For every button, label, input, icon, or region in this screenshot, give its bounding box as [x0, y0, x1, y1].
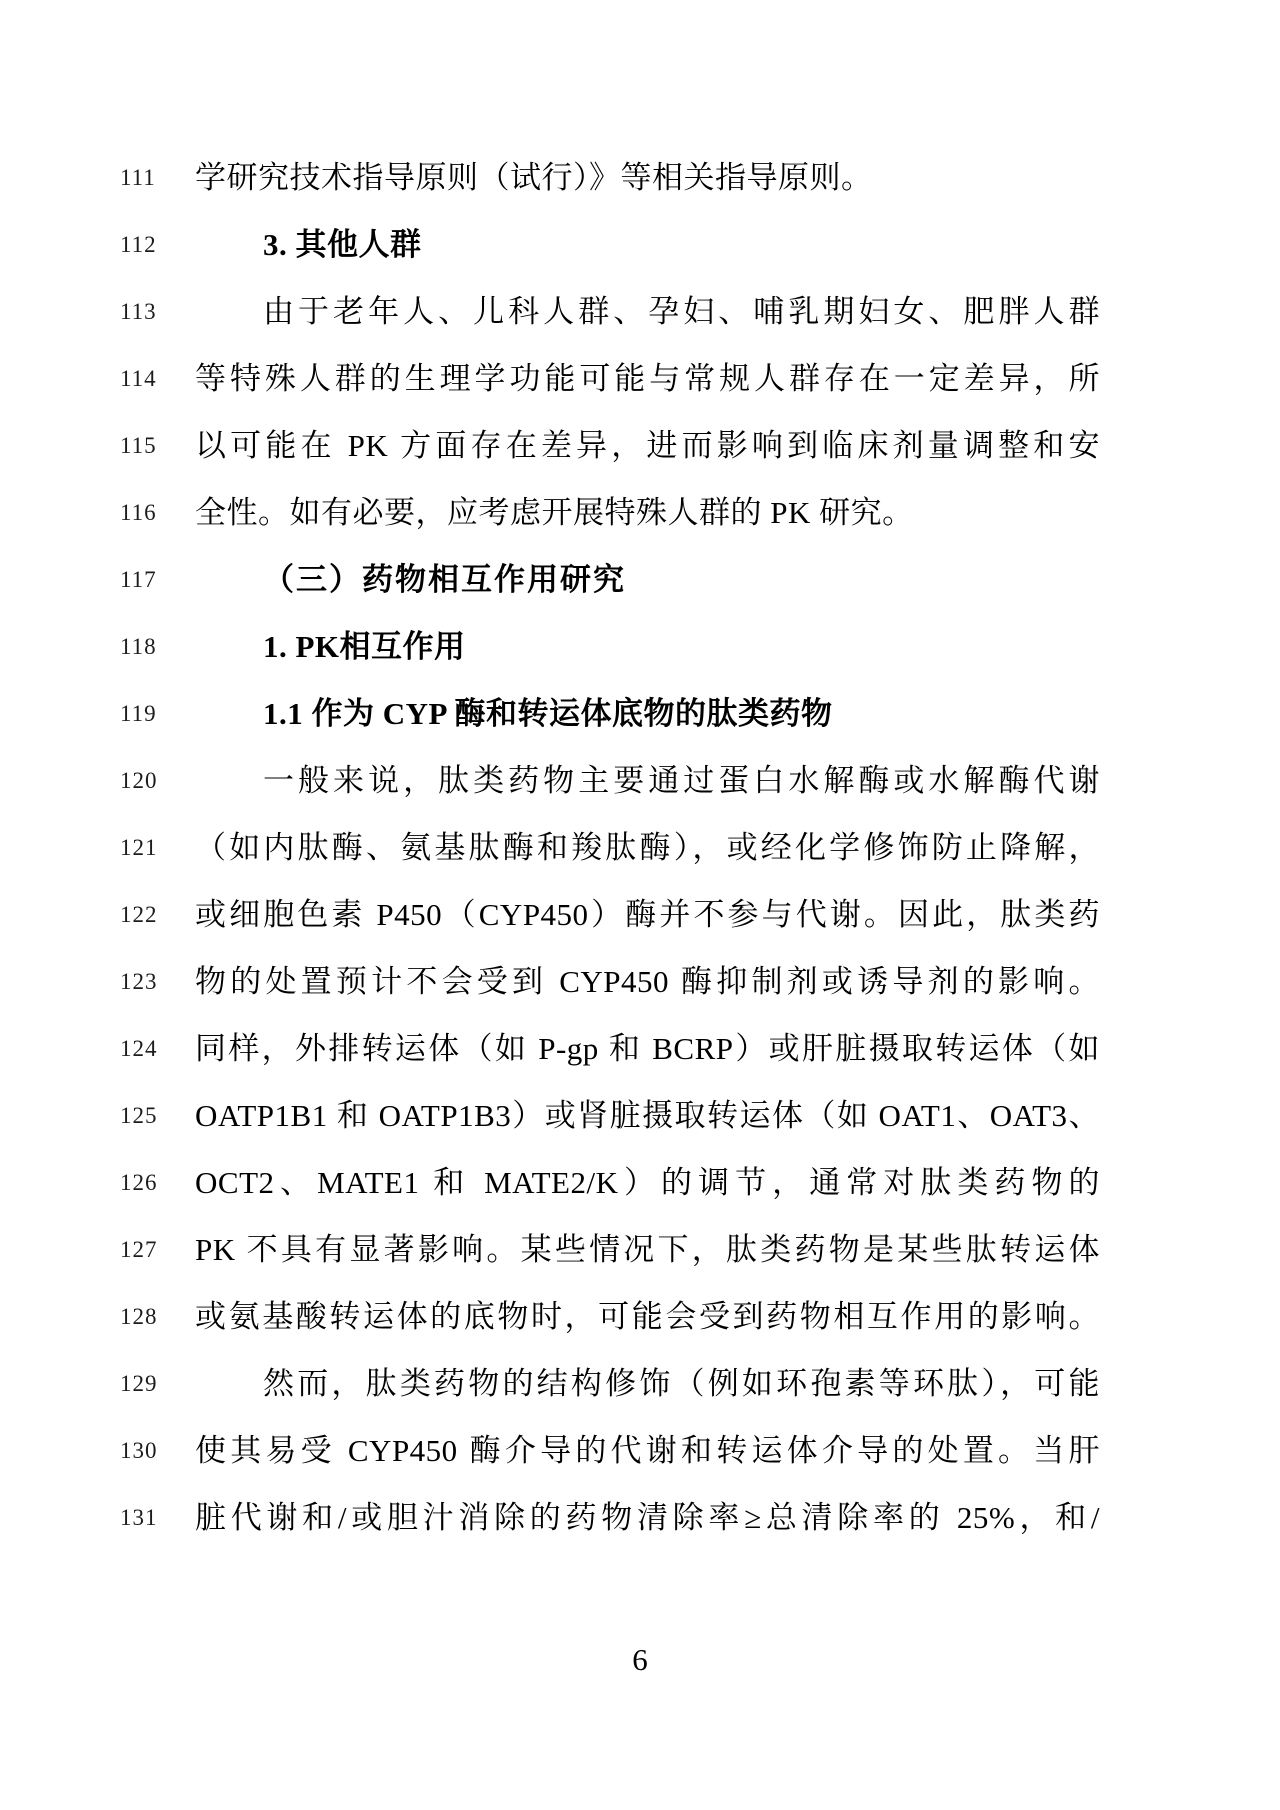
text-line: 115以可能在 PK 方面存在差异，进而影响到临床剂量调整和安	[0, 412, 1280, 479]
text-line: 123物的处置预计不会受到 CYP450 酶抑制剂或诱导剂的影响。	[0, 948, 1280, 1015]
line-number: 129	[120, 1371, 158, 1397]
text-line: 117（三）药物相互作用研究	[0, 546, 1280, 613]
line-text: 脏代谢和/或胆汁消除的药物清除率≥总清除率的 25%，和/	[195, 1497, 1100, 1539]
line-number: 117	[120, 567, 157, 593]
line-text: 然而，肽类药物的结构修饰（例如环孢素等环肽），可能	[195, 1363, 1100, 1405]
text-line: 1123. 其他人群	[0, 211, 1280, 278]
line-text: 使其易受 CYP450 酶介导的代谢和转运体介导的处置。当肝	[195, 1430, 1100, 1472]
text-line: 1191.1 作为 CYP 酶和转运体底物的肽类药物	[0, 680, 1280, 747]
line-text: （如内肽酶、氨基肽酶和羧肽酶），或经化学修饰防止降解，	[195, 827, 1100, 869]
line-number: 128	[120, 1304, 158, 1330]
line-number: 131	[120, 1505, 158, 1531]
text-line: 125OATP1B1 和 OATP1B3）或肾脏摄取转运体（如 OAT1、OAT…	[0, 1082, 1280, 1149]
line-number: 113	[120, 299, 157, 325]
line-number: 124	[120, 1036, 158, 1062]
text-line: 124同样，外排转运体（如 P-gp 和 BCRP）或肝脏摄取转运体（如	[0, 1015, 1280, 1082]
line-number: 121	[120, 835, 158, 861]
line-number: 125	[120, 1103, 158, 1129]
line-number: 127	[120, 1237, 158, 1263]
line-number: 111	[120, 165, 156, 191]
text-line: 122或细胞色素 P450（CYP450）酶并不参与代谢。因此，肽类药	[0, 881, 1280, 948]
line-number: 123	[120, 969, 158, 995]
line-text: 由于老年人、儿科人群、孕妇、哺乳期妇女、肥胖人群	[195, 291, 1100, 333]
text-line: 114等特殊人群的生理学功能可能与常规人群存在一定差异，所	[0, 345, 1280, 412]
text-line: 130使其易受 CYP450 酶介导的代谢和转运体介导的处置。当肝	[0, 1417, 1280, 1484]
line-text: 3. 其他人群	[195, 224, 1100, 266]
line-text: 1.1 作为 CYP 酶和转运体底物的肽类药物	[195, 693, 1100, 735]
line-text: 物的处置预计不会受到 CYP450 酶抑制剂或诱导剂的影响。	[195, 961, 1100, 1003]
line-number: 120	[120, 768, 158, 794]
text-line: 131脏代谢和/或胆汁消除的药物清除率≥总清除率的 25%，和/	[0, 1484, 1280, 1551]
line-text: OCT2、MATE1 和 MATE2/K）的调节，通常对肽类药物的	[195, 1162, 1100, 1204]
line-text: 以可能在 PK 方面存在差异，进而影响到临床剂量调整和安	[195, 425, 1100, 467]
line-number: 114	[120, 366, 157, 392]
line-text: 学研究技术指导原则（试行）》等相关指导原则。	[195, 157, 1100, 199]
document-body: 111学研究技术指导原则（试行）》等相关指导原则。1123. 其他人群113由于…	[0, 144, 1280, 1551]
text-line: 120一般来说，肽类药物主要通过蛋白水解酶或水解酶代谢	[0, 747, 1280, 814]
text-line: 113由于老年人、儿科人群、孕妇、哺乳期妇女、肥胖人群	[0, 278, 1280, 345]
line-text: （三）药物相互作用研究	[195, 559, 1100, 601]
line-text: 或细胞色素 P450（CYP450）酶并不参与代谢。因此，肽类药	[195, 894, 1100, 936]
text-line: 116全性。如有必要，应考虑开展特殊人群的 PK 研究。	[0, 479, 1280, 546]
line-number: 116	[120, 500, 157, 526]
line-text: 一般来说，肽类药物主要通过蛋白水解酶或水解酶代谢	[195, 760, 1100, 802]
line-text: 1. PK相互作用	[195, 626, 1100, 668]
line-number: 122	[120, 902, 158, 928]
line-number: 118	[120, 634, 157, 660]
document-page: 111学研究技术指导原则（试行）》等相关指导原则。1123. 其他人群113由于…	[0, 0, 1280, 1810]
text-line: 129然而，肽类药物的结构修饰（例如环孢素等环肽），可能	[0, 1350, 1280, 1417]
line-number: 112	[120, 232, 157, 258]
line-number: 115	[120, 433, 157, 459]
page-number-footer: 6	[0, 1642, 1280, 1678]
line-number: 130	[120, 1438, 158, 1464]
text-line: 127PK 不具有显著影响。某些情况下，肽类药物是某些肽转运体	[0, 1216, 1280, 1283]
line-text: 全性。如有必要，应考虑开展特殊人群的 PK 研究。	[195, 492, 1100, 534]
text-line: 121（如内肽酶、氨基肽酶和羧肽酶），或经化学修饰防止降解，	[0, 814, 1280, 881]
line-number: 119	[120, 701, 157, 727]
line-text: 等特殊人群的生理学功能可能与常规人群存在一定差异，所	[195, 358, 1100, 400]
line-number: 126	[120, 1170, 158, 1196]
line-text: 同样，外排转运体（如 P-gp 和 BCRP）或肝脏摄取转运体（如	[195, 1028, 1100, 1070]
text-line: 111学研究技术指导原则（试行）》等相关指导原则。	[0, 144, 1280, 211]
text-line: 1181. PK相互作用	[0, 613, 1280, 680]
line-text: 或氨基酸转运体的底物时，可能会受到药物相互作用的影响。	[195, 1296, 1100, 1338]
text-line: 126OCT2、MATE1 和 MATE2/K）的调节，通常对肽类药物的	[0, 1149, 1280, 1216]
text-line: 128或氨基酸转运体的底物时，可能会受到药物相互作用的影响。	[0, 1283, 1280, 1350]
line-text: OATP1B1 和 OATP1B3）或肾脏摄取转运体（如 OAT1、OAT3、	[195, 1095, 1100, 1137]
line-text: PK 不具有显著影响。某些情况下，肽类药物是某些肽转运体	[195, 1229, 1100, 1271]
